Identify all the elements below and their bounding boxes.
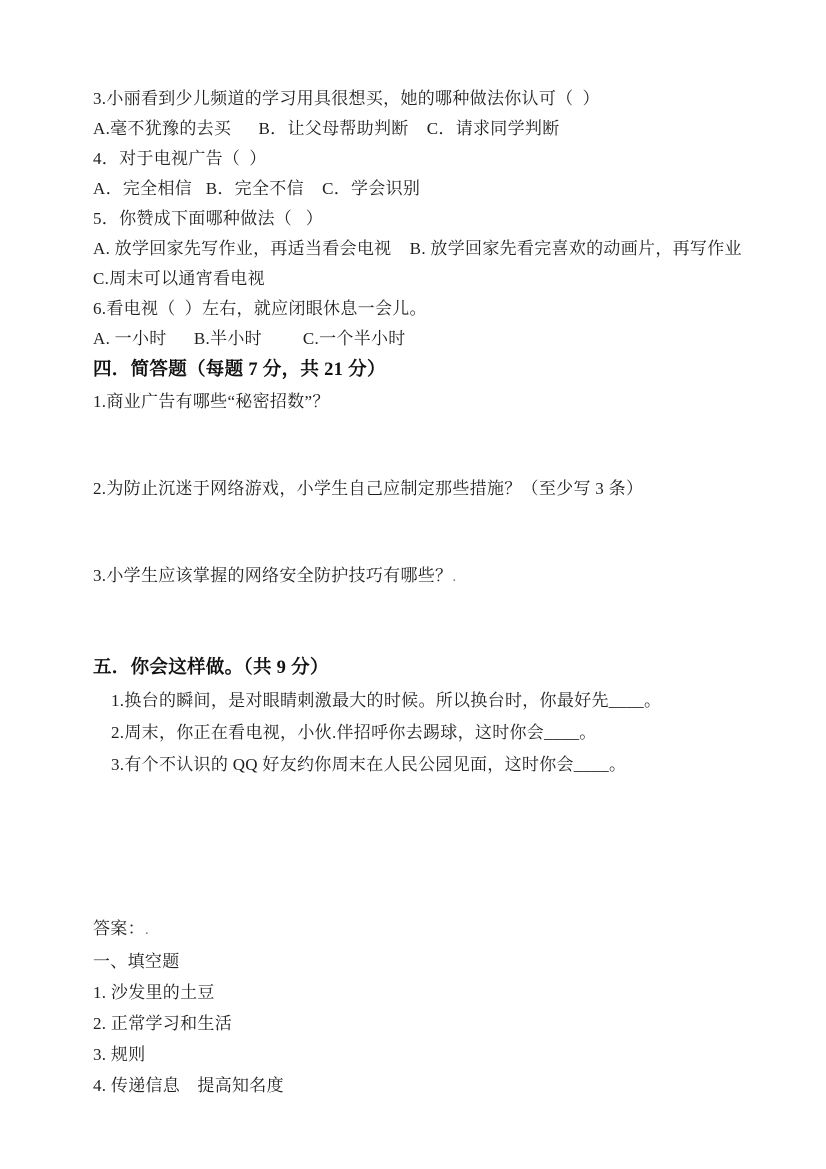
answer-item-2: 2. 正常学习和生活 [93,1008,786,1039]
answer-item-4: 4. 传递信息 提高知名度 [93,1070,786,1101]
section-five-heading: 五．你会这样做。（共 9 分） [93,652,786,685]
scenario-item-1: 1.换台的瞬间，是对眼睛刺激最大的时候。所以换台时，你最好先____。 [93,685,786,717]
answer-key-section: 答案：. 一、填空题 1. 沙发里的土豆 2. 正常学习和生活 3. 规则 4.… [93,913,786,1101]
answer-key-label-text: 答案： [93,919,145,938]
scenario-section: 五．你会这样做。（共 9 分） 1.换台的瞬间，是对眼睛刺激最大的时候。所以换台… [93,652,786,781]
short-answer-question-1: 1.商业广告有哪些“秘密招数”？ [93,387,786,417]
question-6-options: A. 一小时 B.半小时 C.一个半小时 [93,324,786,354]
question-3-options: A.毫不犹豫的去买 B．让父母帮助判断 C．请求同学判断 [93,114,786,144]
stray-dot-mark: . [452,569,456,585]
question-5-option-c: C.周末可以通宵看电视 [93,264,786,294]
answer-item-1: 1. 沙发里的土豆 [93,977,786,1008]
answer-item-3: 3. 规则 [93,1039,786,1070]
stray-dot-mark: . [145,922,149,938]
question-5-options-ab: A. 放学回家先写作业，再适当看会电视 B. 放学回家先看完喜欢的动画片，再写作… [93,234,786,264]
answer-key-part-one-heading: 一、填空题 [93,946,786,977]
answer-key-label: 答案：. [93,913,786,946]
question-4-options: A．完全相信 B．完全不信 C．学会识别 [93,174,786,204]
multiple-choice-section: 3.小丽看到少儿频道的学习用具很想买，她的哪种做法你认可（ ） A.毫不犹豫的去… [93,84,786,354]
scenario-items: 1.换台的瞬间，是对眼睛刺激最大的时候。所以换台时，你最好先____。 2.周末… [93,685,786,781]
question-4-text: 4．对于电视广告（ ） [93,144,786,174]
short-answer-question-2: 2.为防止沉迷于网络游戏，小学生自己应制定那些措施？（至少写 3 条） [93,474,786,504]
short-answer-question-3: 3.小学生应该掌握的网络安全防护技巧有哪些？. [93,561,786,592]
exam-document-page: 3.小丽看到少儿频道的学习用具很想买，她的哪种做法你认可（ ） A.毫不犹豫的去… [0,0,826,1169]
question-6-text: 6.看电视（ ）左右，就应闭眼休息一会儿。 [93,294,786,324]
short-answer-question-3-text: 3.小学生应该掌握的网络安全防护技巧有哪些？ [93,566,452,585]
scenario-item-2: 2.周末，你正在看电视，小伙.伴招呼你去踢球，这时你会____。 [93,717,786,749]
question-3-text: 3.小丽看到少儿频道的学习用具很想买，她的哪种做法你认可（ ） [93,84,786,114]
section-four-heading: 四．简答题（每题 7 分，共 21 分） [93,354,786,387]
scenario-item-3: 3.有个不认识的 QQ 好友约你周末在人民公园见面，这时你会____。 [93,749,786,781]
short-answer-section: 四．简答题（每题 7 分，共 21 分） 1.商业广告有哪些“秘密招数”？ 2.… [93,354,786,592]
question-5-text: 5．你赞成下面哪种做法（ ） [93,204,786,234]
